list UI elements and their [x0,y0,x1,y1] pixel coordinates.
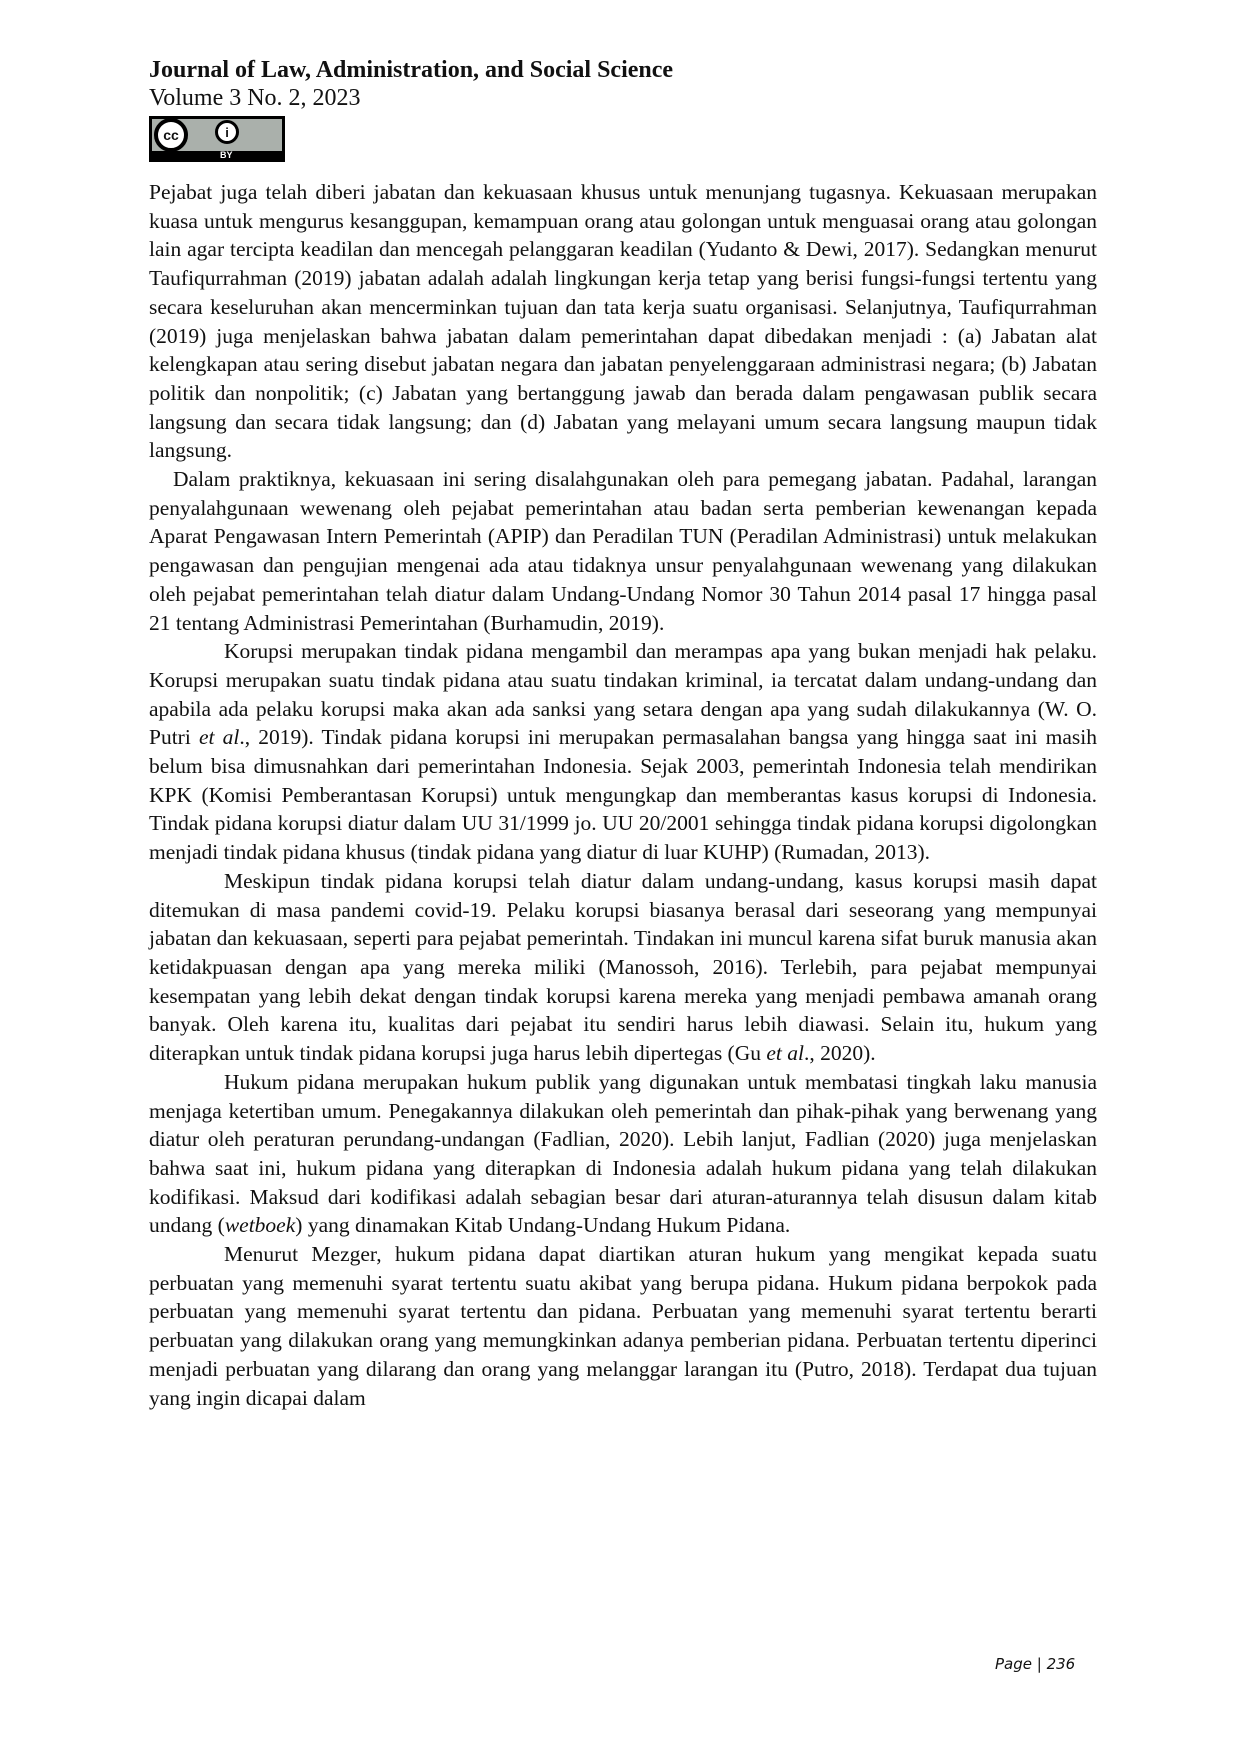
paragraph-hukum-pidana: Hukum pidana merupakan hukum publik yang… [149,1068,1097,1240]
journal-title: Journal of Law, Administration, and Soci… [149,56,673,84]
page-number: Page | 236 [995,1655,1075,1673]
italic-citation: et al [199,725,239,749]
paragraph-text: ) yang dinamakan Kitab Undang-Undang Huk… [295,1213,790,1237]
paragraph-jabatan: Pejabat juga telah diberi jabatan dan ke… [149,178,1097,465]
paragraph-mezger: Menurut Mezger, hukum pidana dapat diart… [149,1240,1097,1412]
paragraph-korupsi: Korupsi merupakan tindak pidana mengambi… [149,637,1097,867]
volume-issue: Volume 3 No. 2, 2023 [149,84,673,112]
paragraph-text: ., 2020). [804,1041,876,1065]
journal-header: Journal of Law, Administration, and Soci… [149,56,673,162]
paragraph-text: Meskipun tindak pidana korupsi telah dia… [149,869,1097,1065]
italic-term: wetboek [225,1213,295,1237]
by-label: BY [220,150,233,160]
paragraph-covid-korupsi: Meskipun tindak pidana korupsi telah dia… [149,867,1097,1068]
attribution-person-icon: i [215,120,239,144]
article-body: Pejabat juga telah diberi jabatan dan ke… [149,178,1097,1412]
cc-by-license-icon: cc i BY [149,116,285,162]
paragraph-text: ., 2019). Tindak pidana korupsi ini meru… [149,725,1097,864]
italic-citation: et al [766,1041,804,1065]
paragraph-penyalahgunaan: Dalam praktiknya, kekuasaan ini sering d… [149,465,1097,637]
creative-commons-icon: cc [154,118,188,152]
